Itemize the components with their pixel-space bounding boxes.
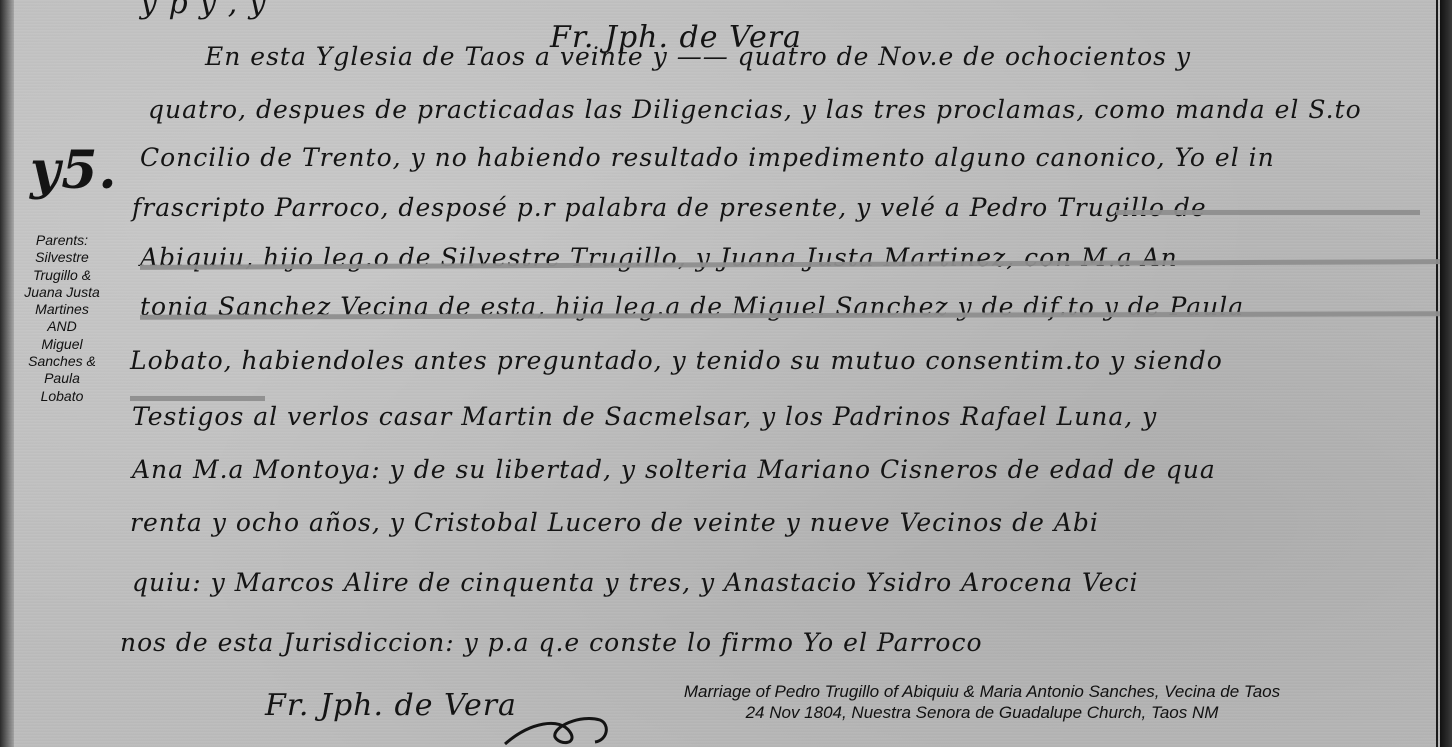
parents-note-line: Sanches & — [12, 353, 112, 370]
record-line-4: frascripto Parroco, desposé p.r palabra … — [132, 193, 1207, 222]
caption-line-1: Marriage of Pedro Trugillo of Abiquiu & … — [612, 681, 1352, 702]
record-line-7: Lobato, habiendoles antes preguntado, y … — [130, 346, 1223, 375]
parents-note-line: Lobato — [12, 388, 112, 405]
parents-note-line: Martines — [12, 301, 112, 318]
page-edge-right — [1440, 0, 1452, 747]
parents-annotation: Parents: Silvestre Trugillo & Juana Just… — [12, 232, 112, 405]
caption-line-2: 24 Nov 1804, Nuestra Senora de Guadalupe… — [612, 702, 1352, 723]
underline-pedro-trugillo — [1116, 210, 1420, 215]
record-line-1: En esta Yglesia de Taos a veinte y —— qu… — [205, 42, 1191, 71]
parents-note-line: Juana Justa — [12, 284, 112, 301]
previous-entry-fragment: y p y , y — [140, 0, 267, 21]
parents-note-line: Paula — [12, 370, 112, 387]
parents-note-line: Silvestre — [12, 249, 112, 266]
marriage-caption: Marriage of Pedro Trugillo of Abiquiu & … — [612, 681, 1352, 723]
underline-lobato — [130, 396, 265, 401]
signature-flourish — [500, 712, 620, 747]
record-line-3: Concilio de Trento, y no habiendo result… — [140, 143, 1275, 172]
parents-note-line: Parents: — [12, 232, 112, 249]
record-line-11: quiu: y Marcos Alire de cinquenta y tres… — [132, 568, 1139, 597]
record-line-2: quatro, despues de practicadas las Dilig… — [148, 95, 1362, 124]
parents-note-line: Trugillo & — [12, 267, 112, 284]
margin-rule — [1436, 0, 1438, 747]
parents-note-line: Miguel — [12, 336, 112, 353]
parents-note-line: AND — [12, 318, 112, 335]
scanned-document-page: y p y , y Fr. Jph. de Vera y5. En esta Y… — [0, 0, 1452, 747]
record-line-10: renta y ocho años, y Cristobal Lucero de… — [130, 508, 1099, 537]
record-line-8: Testigos al verlos casar Martin de Sacme… — [132, 402, 1157, 431]
record-line-12: nos de esta Jurisdiccion: y p.a q.e cons… — [120, 628, 983, 657]
record-line-9: Ana M.a Montoya: y de su libertad, y sol… — [132, 455, 1216, 484]
closing-signature: Fr. Jph. de Vera — [265, 688, 517, 723]
margin-entry-number: y5. — [30, 140, 118, 201]
